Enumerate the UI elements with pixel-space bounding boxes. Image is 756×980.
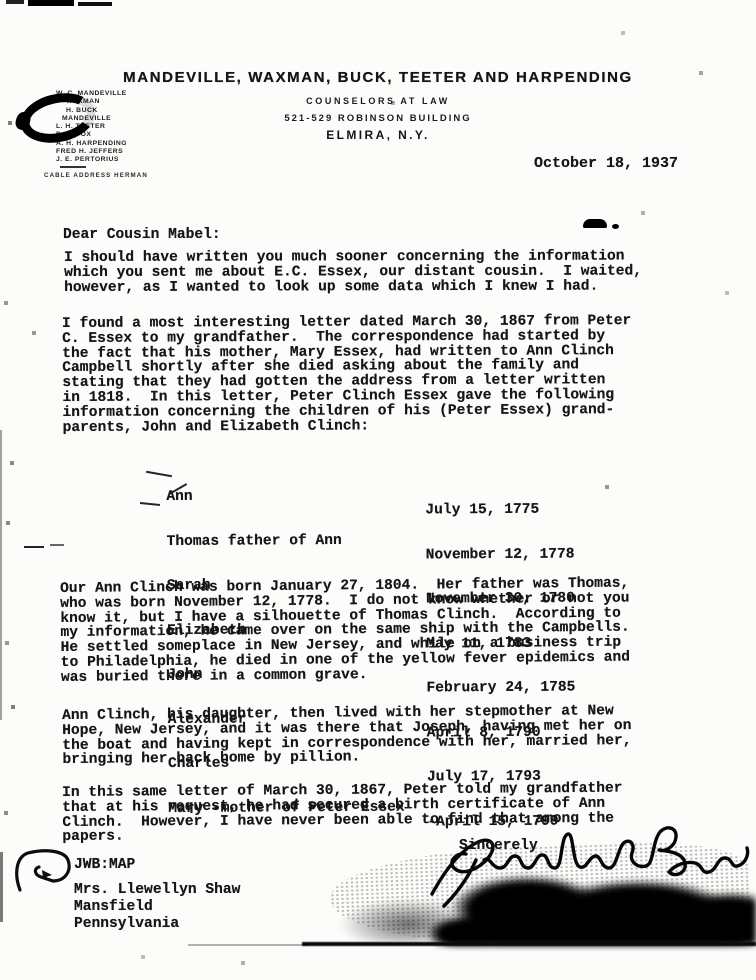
scan-bottom-line-fade <box>188 944 308 946</box>
margin-pen-mark <box>140 502 160 506</box>
scan-edge-mark <box>28 0 74 6</box>
child-birthdate: February 24, 1785 <box>426 681 575 697</box>
paragraph-1: I should have written you much sooner co… <box>64 249 642 295</box>
paper-specks <box>0 0 2 2</box>
scan-edge-line <box>0 430 2 720</box>
margin-dash-mark <box>50 544 64 546</box>
child-name: Thomas father of Ann <box>167 534 342 550</box>
scanned-letter-page: MANDEVILLE, WAXMAN, BUCK, TEETER AND HAR… <box>0 0 756 980</box>
ink-dot <box>612 224 619 229</box>
margin-dash-mark <box>24 546 44 548</box>
ink-loop-mark <box>12 848 78 894</box>
cable-address-line: CABLE ADDRESS HERMAN <box>44 172 148 179</box>
paragraph-4: Ann Clinch, his daughter, then lived wit… <box>62 704 632 768</box>
partner-name: FRED H. JEFFERS <box>56 148 176 156</box>
letter-date: October 18, 1937 <box>534 157 678 172</box>
paragraph-3: Our Ann Clinch was born January 27, 1804… <box>60 577 630 686</box>
child-birthdate: July 15, 1775 <box>425 503 539 518</box>
paragraph-2: I found a most interesting letter dated … <box>62 314 632 435</box>
child-row: Ann July 15, 1775 <box>166 472 686 490</box>
scan-edge-mark <box>78 2 112 6</box>
child-row: Thomas father of Ann November 12, 1778 <box>166 517 686 535</box>
typist-initials: JWB:MAP <box>74 858 135 873</box>
ink-smudge-small <box>583 219 607 228</box>
scan-edge-mark <box>6 0 24 4</box>
scan-bottom-line <box>302 942 756 946</box>
partner-list-divider <box>60 166 86 168</box>
scan-edge-line <box>0 852 3 922</box>
handwritten-signature <box>426 818 756 912</box>
partner-name: A. H. HARPENDING <box>56 140 176 148</box>
partner-name: J. E. PERTORIUS <box>56 156 176 164</box>
salutation: Dear Cousin Mabel: <box>63 228 221 243</box>
recipient-address: Mrs. Llewellyn Shaw Mansfield Pennsylvan… <box>74 882 240 933</box>
letterhead-firm-name: MANDEVILLE, WAXMAN, BUCK, TEETER AND HAR… <box>0 69 756 86</box>
child-birthdate: November 12, 1778 <box>426 547 575 563</box>
closing-sincerely: Sincerely <box>459 839 538 854</box>
